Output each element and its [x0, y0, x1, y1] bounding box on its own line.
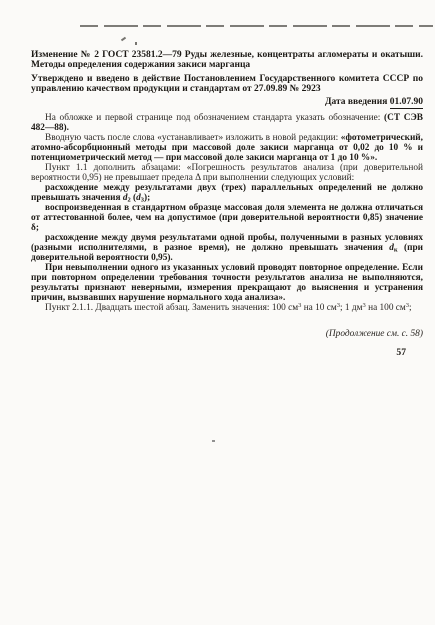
effective-date-line: Дата введения 01.07.90: [31, 97, 423, 107]
scan-artifact-line: [80, 25, 433, 27]
scan-artifact-speck: [212, 440, 215, 442]
approval-statement: Утверждено и введено в действие Постанов…: [31, 74, 423, 95]
effective-date-value: 01.07.90: [390, 97, 423, 109]
page-number: 57: [31, 348, 423, 358]
continuation-note: (Продолжение см. с. 58): [31, 329, 423, 339]
body-paragraph-condition-dk: расхождение между двумя результатами одн…: [31, 234, 423, 264]
body-text: На обложке и первой странице под обознач…: [31, 114, 423, 313]
scanned-document-page: Изменение № 2 ГОСТ 23581.2—79 Руды желез…: [0, 0, 435, 625]
body-paragraph-condition-d2-d3: расхождение между результатами двух (тре…: [31, 184, 423, 204]
body-paragraph-item-2-1-1: Пункт 2.1.1. Двадцать шестой абзац. Заме…: [31, 304, 423, 314]
page-content: Изменение № 2 ГОСТ 23581.2—79 Руды желез…: [31, 50, 423, 358]
scan-artifact-mark: [135, 42, 137, 45]
body-paragraph-intro-revision: Вводную часть после слова «устанавливает…: [31, 134, 423, 164]
body-paragraph-item-1-1: Пункт 1.1 дополнить абзацами: «Погрешнос…: [31, 164, 423, 184]
body-paragraph-condition-delta: воспроизведенная в стандартном образце м…: [31, 204, 423, 234]
body-paragraph-cover-designation: На обложке и первой странице под обознач…: [31, 114, 423, 134]
scan-artifact-mark: [121, 37, 126, 42]
effective-date-label: Дата введения: [325, 97, 390, 107]
amendment-title: Изменение № 2 ГОСТ 23581.2—79 Руды желез…: [31, 50, 423, 71]
body-paragraph-repeat-determination: При невыполнении одного из указанных усл…: [31, 264, 423, 304]
